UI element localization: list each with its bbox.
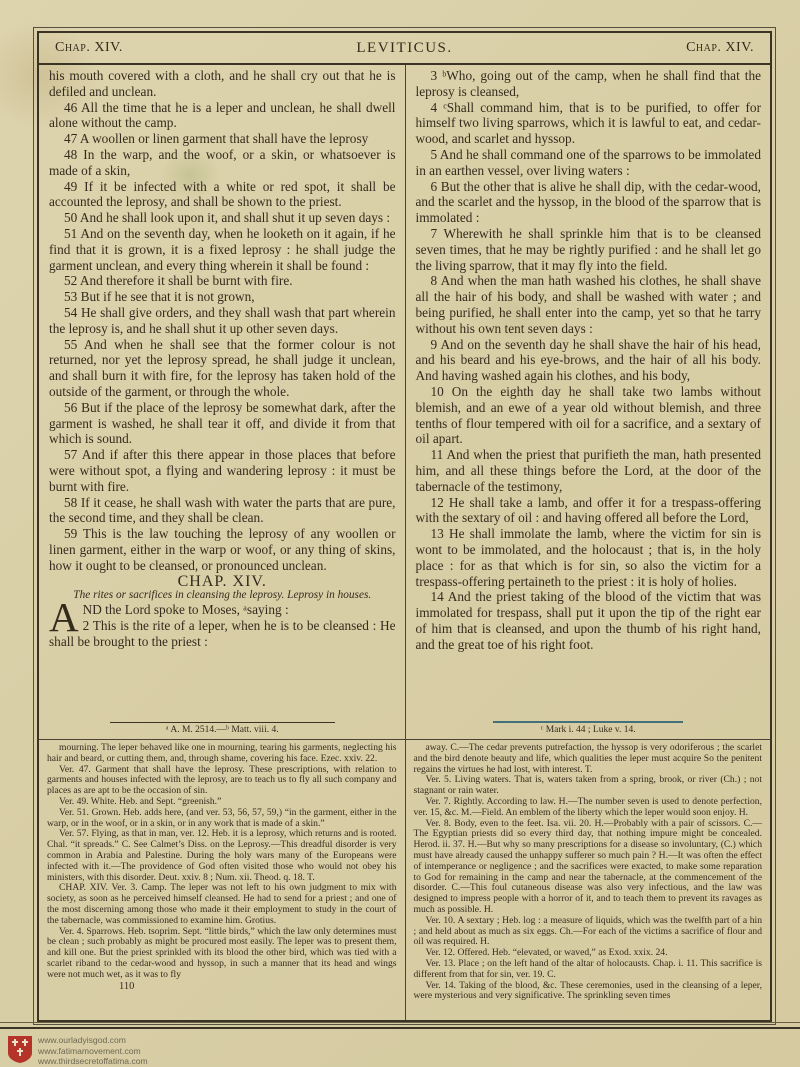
commentary-paragraph: CHAP. XIV. Ver. 3. Camp. The leper was n…: [47, 883, 397, 926]
verse-paragraph: 5 And he shall command one of the sparro…: [416, 147, 762, 179]
commentary-paragraph: Ver. 51. Grown. Heb. adds here, (and ver…: [47, 808, 397, 830]
footnote-references: ᶜ Mark i. 44 ; Luke v. 14.: [541, 725, 636, 735]
commentary-paragraph: Ver. 13. Place ; on the left hand of the…: [414, 959, 763, 981]
commentary-paragraph: Ver. 7. Rightly. According to law. H.—Th…: [414, 797, 763, 819]
watermark-url: www.fatimamovement.com: [38, 1046, 148, 1057]
dropcap-letter: A: [49, 602, 83, 632]
footnote-block-right: ᶜ Mark i. 44 ; Luke v. 14.: [416, 718, 762, 737]
page-bottom-rule: [0, 1022, 800, 1023]
verse-paragraph: 2 This is the rite of a leper, when he i…: [49, 618, 396, 650]
commentary-paragraph: Ver. 10. A sextary ; Heb. log : a measur…: [414, 916, 763, 948]
scripture-left-column: his mouth covered with a cloth, and he s…: [39, 65, 405, 739]
page-border-frame: Chap. XIV. LEVITICUS. Chap. XIV. his mou…: [33, 27, 776, 1025]
header-book-title: LEVITICUS.: [356, 40, 452, 57]
verse-paragraph: ND the Lord spoke to Moses, ᵃsaying :: [49, 602, 396, 618]
page-number: 110: [119, 982, 397, 993]
watermark-footer: www.ourladyisgod.com www.fatimamovement.…: [7, 1035, 148, 1067]
commentary-paragraph: Ver. 47. Garment that shall have the lep…: [47, 765, 397, 797]
scripture-text-area: his mouth covered with a cloth, and he s…: [39, 65, 770, 739]
verse-paragraph: 46 All the time that he is a leper and u…: [49, 100, 396, 132]
verse-paragraph: 13 He shall immolate the lamb, where the…: [416, 526, 762, 589]
header-chapter-right: Chap. XIV.: [686, 40, 754, 56]
verse-paragraph: 7 Wherewith he shall sprinkle him that i…: [416, 226, 762, 273]
commentary-paragraph: mourning. The leper behaved like one in …: [47, 743, 397, 765]
verse-paragraph: 6 But the other that is alive he shall d…: [416, 179, 762, 226]
verse-paragraph: 11 And when the priest that purifieth th…: [416, 447, 762, 494]
verse-paragraph: 54 He shall give orders, and they shall …: [49, 305, 396, 337]
verse-paragraph: 9 And on the seventh day he shall shave …: [416, 337, 762, 384]
verse-paragraph: 57 And if after this there appear in tho…: [49, 447, 396, 494]
verse-paragraph: 47 A woollen or linen garment that shall…: [49, 131, 396, 147]
chapter-argument: The rites or sacrifices in cleansing the…: [49, 589, 396, 602]
verse-paragraph: 12 He shall take a lamb, and offer it fo…: [416, 495, 762, 527]
commentary-left-column: mourning. The leper behaved like one in …: [39, 740, 405, 1020]
footnote-rule: [110, 722, 335, 723]
header-chapter-left: Chap. XIV.: [55, 40, 123, 56]
verse-paragraph: 8 And when the man hath washed his cloth…: [416, 273, 762, 336]
verse-paragraph: 3 ᵇWho, going out of the camp, when he s…: [416, 68, 762, 100]
chapter-heading: CHAP. XIV.: [49, 574, 396, 590]
watermark-urls: www.ourladyisgod.com www.fatimamovement.…: [38, 1035, 148, 1067]
verse-paragraph: 52 And therefore it shall be burnt with …: [49, 273, 396, 289]
commentary-paragraph: Ver. 14. Taking of the blood, &c. These …: [414, 981, 763, 1003]
verse-paragraph: 59 This is the law touching the leprosy …: [49, 526, 396, 573]
footnote-rule: [493, 721, 683, 723]
commentary-paragraph: Ver. 5. Living waters. That is, waters t…: [414, 775, 763, 797]
verse-continuation: his mouth covered with a cloth, and he s…: [49, 68, 396, 100]
verse-paragraph: 55 And when he shall see that the former…: [49, 337, 396, 400]
commentary-paragraph: Ver. 4. Sparrows. Heb. tsoprim. Sept. “l…: [47, 927, 397, 981]
verse-paragraph: 14 And the priest taking of the blood of…: [416, 589, 762, 652]
verse-list-right: 3 ᵇWho, going out of the camp, when he s…: [416, 68, 762, 652]
watermark-url: www.thirdsecretoffatima.com: [38, 1056, 148, 1067]
footnote-block-left: ᵃ A. M. 2514.—ᵇ Matt. viii. 4.: [49, 719, 396, 737]
chapter-opening: A ND the Lord spoke to Moses, ᵃsaying : …: [49, 602, 396, 649]
commentary-list-right: away. C.—The cedar prevents putrefaction…: [414, 743, 763, 1002]
commentary-paragraph: Ver. 8. Body, even to the feet. Isa. vii…: [414, 819, 763, 916]
commentary-paragraph: away. C.—The cedar prevents putrefaction…: [414, 743, 763, 775]
running-header: Chap. XIV. LEVITICUS. Chap. XIV.: [39, 33, 770, 65]
footnote-references: ᵃ A. M. 2514.—ᵇ Matt. viii. 4.: [166, 725, 279, 735]
verse-paragraph: 58 If it cease, he shall wash with water…: [49, 495, 396, 527]
commentary-paragraph: Ver. 57. Flying, as that in man, ver. 12…: [47, 829, 397, 883]
verse-paragraph: 10 On the eighth day he shall take two l…: [416, 384, 762, 447]
commentary-area: mourning. The leper behaved like one in …: [39, 739, 770, 1020]
page-inner-frame: Chap. XIV. LEVITICUS. Chap. XIV. his mou…: [37, 31, 772, 1022]
watermark-url: www.ourladyisgod.com: [38, 1035, 148, 1046]
verse-paragraph: 51 And on the seventh day, when he looke…: [49, 226, 396, 273]
verse-paragraph: 4 ᶜShall command him, that is to be puri…: [416, 100, 762, 147]
fatima-crest-icon: [7, 1035, 33, 1067]
page-bottom-rule: [0, 1027, 800, 1029]
verse-paragraph: 53 But if he see that it is not grown,: [49, 289, 396, 305]
verse-paragraph: 48 In the warp, and the woof, or a skin,…: [49, 147, 396, 179]
verse-paragraph: 56 But if the place of the leprosy be so…: [49, 400, 396, 447]
commentary-list-left: mourning. The leper behaved like one in …: [47, 743, 397, 981]
scripture-right-column: 3 ᵇWho, going out of the camp, when he s…: [405, 65, 771, 739]
verse-paragraph: 50 And he shall look upon it, and shall …: [49, 210, 396, 226]
verse-paragraph: 49 If it be infected with a white or red…: [49, 179, 396, 211]
verse-list-left: 46 All the time that he is a leper and u…: [49, 100, 396, 574]
commentary-right-column: away. C.—The cedar prevents putrefaction…: [405, 740, 771, 1020]
